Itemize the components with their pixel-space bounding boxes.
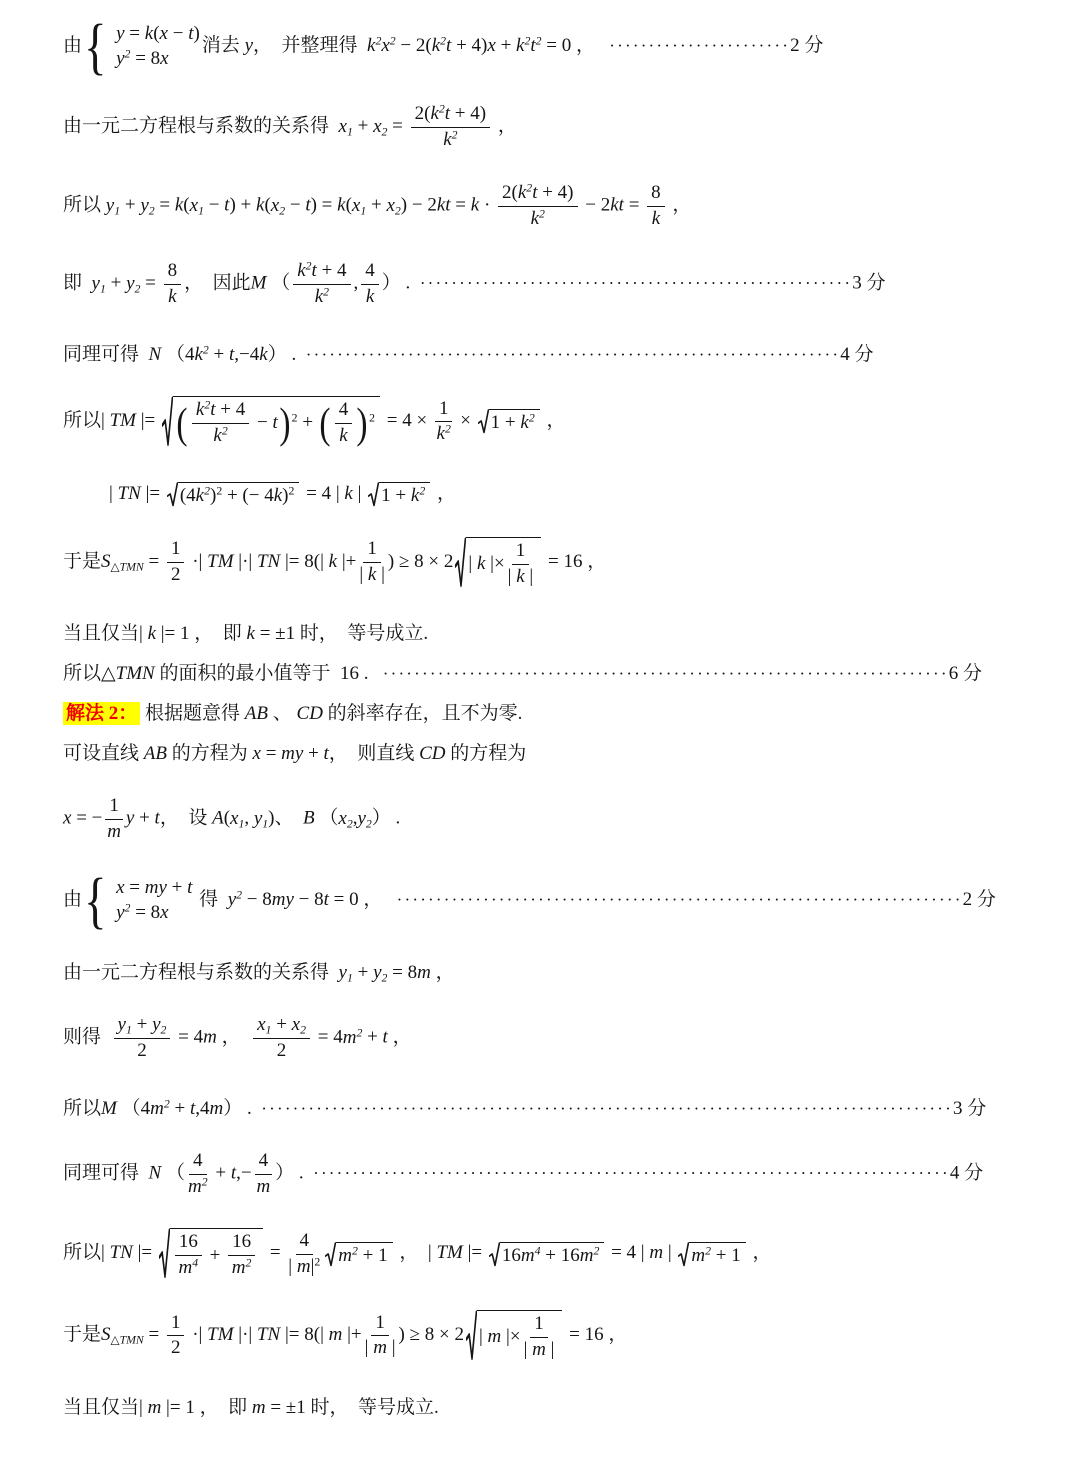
math-text: = [451, 195, 471, 216]
math-text: ,− [236, 1163, 251, 1184]
numerator: 4 [335, 399, 353, 424]
math-char: y [116, 23, 124, 44]
math-text: k2 [411, 485, 425, 507]
math-text: |= [463, 1243, 487, 1264]
math-text: 所以 [63, 1098, 101, 1119]
math-char: k [196, 485, 204, 506]
math-text: )、 [268, 808, 303, 829]
math-text: = 4 | [301, 483, 344, 504]
math-char: m [203, 1027, 217, 1048]
line-8-area-inequality-k: 于是S△TMN = 12 ·| TM |·| TN |= 8(| k |+1| … [63, 537, 1030, 589]
math-char: x [381, 35, 389, 56]
math-text: | [376, 564, 385, 585]
numerator: 2(k2t + 4) [498, 182, 577, 207]
math-char: my [272, 889, 294, 910]
math-text: ·| [187, 551, 207, 572]
math-char: ········································… [261, 1099, 953, 1118]
math-text: TN [257, 1324, 280, 1345]
denominator: k [339, 424, 347, 448]
math-text: k2 [194, 344, 208, 365]
math-text: M [251, 273, 267, 294]
denominator: 2 [171, 1336, 181, 1360]
math-char: k [297, 260, 305, 281]
math-text: | [663, 1243, 676, 1264]
math-text: ) = [311, 195, 338, 216]
math-text: m2 [343, 1027, 363, 1048]
math-text: m [373, 1337, 387, 1358]
math-text: |·| [234, 551, 257, 572]
math-text: 、 [268, 703, 297, 724]
math-char: y [357, 808, 365, 829]
numerator: 1 [435, 398, 453, 423]
math-char: x [160, 48, 168, 69]
math-char: M [251, 273, 267, 294]
math-text: | [508, 566, 517, 587]
math-text: kt [437, 195, 451, 216]
math-char: k [652, 208, 660, 229]
math-text: TN [118, 483, 141, 504]
math-char: x [116, 877, 124, 898]
square-root: | k |×1| k | [455, 537, 541, 589]
math-text: = [125, 877, 145, 898]
math-text: 当且仅当| [63, 1397, 148, 1418]
superscript: 2 [529, 412, 535, 425]
math-text: = [144, 1324, 164, 1345]
fraction: 4k [335, 399, 353, 448]
math-char: m [417, 962, 431, 983]
square-root: | m |×1| m | [466, 1310, 562, 1362]
math-text: m2 [188, 1176, 208, 1197]
numerator: 1 [167, 1312, 185, 1337]
fraction: 12 [167, 1312, 185, 1361]
math-char: k [194, 344, 202, 365]
fraction: 16m4 [175, 1231, 202, 1280]
math-char: k [437, 423, 445, 444]
math-text: + [106, 273, 126, 294]
numerator: 1 [363, 538, 381, 563]
radical-icon [466, 1310, 477, 1362]
math-char: TN [257, 551, 280, 572]
math-text: TN [257, 551, 280, 572]
math-text: k2 [196, 485, 210, 507]
math-text: | [387, 1337, 396, 1358]
math-text: x2 [338, 808, 352, 829]
solution-content: 由{y = k(x − t)y2 = 8x消去 y， 并整理得 k2x2 − 2… [63, 20, 1030, 1419]
math-text: = [387, 116, 407, 137]
math-text: ) ≥ 8 × 2 [388, 551, 453, 572]
math-text: ， [668, 195, 692, 216]
math-text: 3 分 [852, 273, 885, 294]
math-char: ······················· [609, 36, 790, 55]
math-text: m2 [691, 1245, 711, 1267]
math-char: m [580, 1245, 594, 1266]
square-root: 16m4 + 16m2 [159, 1228, 263, 1280]
math-char: m [329, 1324, 343, 1345]
math-text: k2 [443, 129, 457, 150]
math-text: x2 [292, 1014, 306, 1035]
line-3-y-sum-derivation: 所以 y1 + y2 = k(x1 − t) + k(x2 − t) = k(x… [63, 182, 1030, 231]
math-text: 则得 [63, 1027, 111, 1048]
math-text: k [344, 483, 352, 504]
math-char: y [116, 48, 124, 69]
superscript: 2 [539, 207, 545, 220]
math-text: k2 [518, 182, 532, 203]
fraction: 1k2 [435, 398, 453, 447]
math-text: 的面积的最小值等于 16 . [155, 663, 383, 684]
fraction: 8k [647, 182, 665, 231]
math-text: 由 [63, 889, 82, 910]
math-text: k2 [297, 260, 311, 281]
document-page: 由{y = k(x − t)y2 = 8x消去 y， 并整理得 k2x2 − 2… [0, 0, 1080, 1473]
math-text: = [624, 195, 644, 216]
math-text: · [479, 195, 495, 216]
math-text: k2 [367, 35, 381, 56]
numerator: 4 [189, 1150, 207, 1175]
math-text: CD [419, 743, 445, 764]
math-text: |= 1 ， 即 [156, 623, 247, 644]
numerator: 1 [530, 1313, 548, 1338]
math-char: m [148, 1397, 162, 1418]
radical-icon [455, 537, 466, 589]
math-char: m [649, 1243, 663, 1264]
math-text: | [468, 553, 477, 575]
line-7-TN-length: | TN |= (4k2)2 + (− 4k)2 = 4 | k | 1 + k… [63, 478, 1030, 507]
math-text: TM [207, 1324, 233, 1345]
math-text: 1 [171, 1312, 181, 1333]
fraction: 12 [167, 538, 185, 587]
radical-icon [325, 1242, 336, 1267]
math-char: y [140, 195, 148, 216]
math-text: |2 [311, 1256, 321, 1277]
denominator: | k | [359, 563, 385, 587]
square-root: 16m4 + 16m2 [489, 1242, 604, 1267]
math-char: k [247, 623, 255, 644]
math-char: k [329, 551, 337, 572]
math-text: k [652, 208, 660, 229]
math-text: ( [318, 412, 332, 434]
math-text: |= [141, 483, 165, 504]
math-char: m [150, 1098, 164, 1119]
math-text: ， [431, 962, 455, 983]
math-char: t [187, 877, 192, 898]
radical-icon [678, 1242, 689, 1267]
system-rows: x = my + ty2 = 8x [116, 877, 192, 924]
math-text: y2 [373, 962, 387, 983]
dotted-leader: ········································… [383, 664, 949, 683]
math-text: ,−4 [234, 344, 259, 365]
numerator: 4 [296, 1230, 314, 1255]
math-text: |= 1 ， 即 [161, 1397, 252, 1418]
math-text: 4 分 [950, 1163, 983, 1184]
math-char: y [152, 1014, 160, 1035]
fraction: 4m [255, 1150, 273, 1199]
line-12-line-AB-equation: 可设直线 AB 的方程为 x = my + t， 则直线 CD 的方程为 [63, 738, 1030, 765]
math-text: = [140, 273, 160, 294]
fraction: 8k [164, 260, 182, 309]
math-text: + [211, 1163, 231, 1184]
math-text: 2 分 [963, 889, 996, 910]
math-text: x [160, 48, 168, 69]
math-text: （ [266, 273, 290, 294]
fraction: k2t + 4k2 [293, 260, 350, 309]
math-text: |= 8(| [280, 551, 328, 572]
math-text: k [471, 195, 479, 216]
superscript: 2 [369, 412, 375, 425]
math-text: 1 + [381, 485, 411, 507]
math-text: (4 [180, 485, 196, 507]
math-text: m [209, 1098, 223, 1119]
denominator: m [107, 820, 121, 844]
math-text: x [116, 877, 124, 898]
sqrt-content: m2 + 1 [689, 1242, 745, 1267]
math-text: |+ [342, 1324, 361, 1345]
superscript: 2 [593, 1244, 599, 1257]
math-text: = [125, 23, 145, 44]
math-text: m [297, 1256, 311, 1277]
math-char: TM [110, 410, 136, 431]
math-text: = [265, 1243, 285, 1264]
math-text: |= [133, 1243, 157, 1264]
numerator: x1 + x2 [253, 1014, 310, 1039]
math-char: y [339, 962, 347, 983]
math-char: k [337, 195, 345, 216]
math-text: TM [110, 410, 136, 431]
math-text: = 0 ， [329, 889, 397, 910]
math-text: m2 [150, 1098, 170, 1119]
math-text: = 4 [173, 1027, 203, 1048]
math-text: k2 [437, 423, 451, 444]
superscript: 2 [323, 286, 329, 299]
math-text: k2 [432, 35, 446, 56]
fraction: 16m2 [228, 1231, 255, 1280]
math-text: x [253, 743, 261, 764]
math-text: + [353, 962, 373, 983]
math-text: 2 分 [790, 35, 823, 56]
math-text: m [488, 1326, 502, 1348]
math-text: y2 [126, 273, 140, 294]
math-text: my [281, 743, 303, 764]
math-char: M [101, 1098, 117, 1119]
math-text: + [209, 344, 229, 365]
denominator: k [366, 285, 374, 309]
math-text: AB [245, 703, 268, 724]
math-text: ， | [395, 1243, 437, 1264]
math-char: AB [144, 743, 167, 764]
denominator: k [168, 285, 176, 309]
square-root: (k2t + 4k2 − t)2 + (4k)2 [162, 396, 380, 448]
sqrt-content: | m |×1| m | [477, 1310, 562, 1362]
math-char: k [516, 566, 524, 587]
denominator: k2 [213, 424, 227, 448]
math-text: m2 [232, 1257, 252, 1278]
math-text: 8 [651, 182, 661, 203]
math-text: TM [207, 551, 233, 572]
math-text: 1 [171, 538, 181, 559]
math-char: y [245, 35, 253, 56]
math-text: )2 [210, 485, 222, 507]
math-text: = 8 [130, 902, 160, 923]
denominator: k [652, 207, 660, 231]
math-text: + 4) [450, 103, 486, 124]
math-text: + (− 4 [222, 485, 274, 507]
math-char: m [188, 1176, 202, 1197]
math-text: x [160, 902, 168, 923]
math-text: = [144, 551, 164, 572]
math-text: − [168, 23, 188, 44]
math-char: m [252, 1397, 266, 1418]
line-4-point-M: 即 y1 + y2 = 8k， 因此M （k2t + 4k2,4k） . ···… [63, 260, 1030, 309]
numerator: 1 [167, 538, 185, 563]
math-text: 即 [63, 273, 92, 294]
math-text: 2 [171, 564, 181, 585]
math-text: | [365, 1337, 374, 1358]
system-rows: y = k(x − t)y2 = 8x [116, 23, 200, 70]
math-char: TN [110, 1243, 133, 1264]
math-char: m [338, 1245, 352, 1266]
math-char: x [160, 902, 168, 923]
math-text: m2 [338, 1245, 358, 1267]
equation-system: {y = k(x − t)y2 = 8x [84, 20, 200, 73]
math-char: m [521, 1245, 535, 1266]
math-text: k [516, 566, 524, 587]
math-char: m [343, 1027, 357, 1048]
math-text: k [274, 485, 282, 507]
math-char: m [532, 1339, 546, 1360]
math-text: 1 [367, 538, 377, 559]
math-text: y2 [152, 1014, 166, 1035]
math-text: N [149, 1163, 162, 1184]
math-text: 得 [194, 889, 227, 910]
line-17-point-M2: 所以M （4m2 + t,4m） . ·····················… [63, 1093, 1030, 1120]
line-9-equality-condition-k: 当且仅当| k |= 1 ， 即 k = ±1 时， 等号成立. [63, 618, 1030, 645]
square-root: (4k2)2 + (− 4k)2 [167, 482, 300, 507]
math-text: 于是 [63, 1324, 101, 1345]
math-text: m [532, 1339, 546, 1360]
math-char: TMN [116, 663, 155, 684]
fraction: 1m [105, 795, 123, 844]
superscript: 2 [419, 484, 425, 497]
line-13-line-CD-equation: x = −1my + t， 设 A(x1, y1)、 B （x2,y2） . [63, 795, 1030, 844]
denominator: 2 [137, 1039, 147, 1063]
math-char: S [101, 1324, 111, 1345]
math-char: TN [257, 1324, 280, 1345]
system-row: y2 = 8x [116, 48, 168, 70]
math-text: + [120, 195, 140, 216]
math-text: | [109, 483, 118, 504]
math-text: 4 [365, 260, 375, 281]
math-text: |·| [234, 1324, 257, 1345]
math-text: |+ [337, 551, 356, 572]
system-row: y = k(x − t) [116, 23, 200, 45]
math-text: （4 [117, 1098, 150, 1119]
math-text: k [366, 286, 374, 307]
math-text: + [134, 808, 154, 829]
math-text: TN [110, 1243, 133, 1264]
math-text: ( [175, 412, 189, 434]
math-text: 所以 [63, 195, 106, 216]
math-text: + [167, 877, 187, 898]
fraction: k2t + 4k2 [192, 399, 249, 448]
math-char: x [338, 808, 346, 829]
line-5-point-N: 同理可得 N （4k2 + t,−4k） . ·················… [63, 339, 1030, 366]
math-char: y [228, 889, 236, 910]
math-text: k2 [213, 425, 227, 446]
numerator: 16 [175, 1231, 202, 1256]
math-text: = [261, 743, 281, 764]
math-text: t2 [530, 35, 541, 56]
math-text: ·| [187, 1324, 207, 1345]
math-char: y [126, 273, 134, 294]
brace-icon: { [84, 874, 107, 927]
math-text: k2 [516, 35, 530, 56]
denominator: k2 [443, 128, 457, 152]
math-char: x [160, 23, 168, 44]
superscript: 2 [289, 484, 295, 497]
math-text: x1 [257, 1014, 271, 1035]
math-char: my [281, 743, 303, 764]
math-text: k [477, 553, 485, 575]
math-text: = 8 [130, 48, 160, 69]
math-char: x [487, 35, 495, 56]
math-text: ， [542, 410, 566, 431]
math-text: y2 [116, 48, 130, 69]
math-char: x [271, 195, 279, 216]
fraction: 4k [361, 260, 379, 309]
square-root: m2 + 1 [678, 1242, 745, 1267]
superscript: 4 [192, 1257, 198, 1270]
math-char: k [259, 344, 267, 365]
numerator: 1 [105, 795, 123, 820]
math-text: 16 [502, 1245, 521, 1267]
math-text: | [353, 483, 366, 504]
math-text: 4 [193, 1150, 203, 1171]
math-char: x [257, 1014, 265, 1035]
numerator: 1 [371, 1312, 389, 1337]
math-text: ) − 2 [401, 195, 437, 216]
math-text: 1 + [491, 412, 521, 434]
math-char: ········································… [306, 345, 841, 364]
math-text: = 8 [387, 962, 417, 983]
math-text: = 0 ， [542, 35, 610, 56]
math-text: 当且仅当| [63, 623, 148, 644]
math-text: 由一元二方程根与系数的关系得 [63, 962, 339, 983]
method-label: 解法 2： [63, 702, 140, 725]
math-text: 1 [109, 795, 119, 816]
math-text: 的方程为 [167, 743, 253, 764]
math-text: = 4 | [606, 1243, 649, 1264]
math-char: CD [297, 703, 323, 724]
math-text: y1 [339, 962, 353, 983]
fraction: 1| m | [365, 1312, 396, 1361]
line-20-area-inequality-m: 于是S△TMN = 12 ·| TM |·| TN |= 8(| m |+1| … [63, 1310, 1030, 1362]
math-text: t [187, 877, 192, 898]
math-text: )2 [278, 412, 298, 434]
math-text: m4 [521, 1245, 541, 1267]
math-char: k [443, 129, 451, 150]
math-text: )2 [282, 485, 294, 507]
math-text: y2 [116, 902, 130, 923]
math-char: kt [437, 195, 451, 216]
sqrt-content: | k |×1| k | [466, 537, 541, 589]
math-char: k [520, 412, 528, 433]
math-text: 同理可得 [63, 344, 149, 365]
math-text: x2 [381, 35, 395, 56]
math-text: k [329, 551, 337, 572]
brace-icon: { [84, 20, 107, 73]
denominator: m2 [188, 1175, 208, 1199]
superscript: 2 [202, 1175, 208, 1188]
math-text: 由 [63, 35, 82, 56]
